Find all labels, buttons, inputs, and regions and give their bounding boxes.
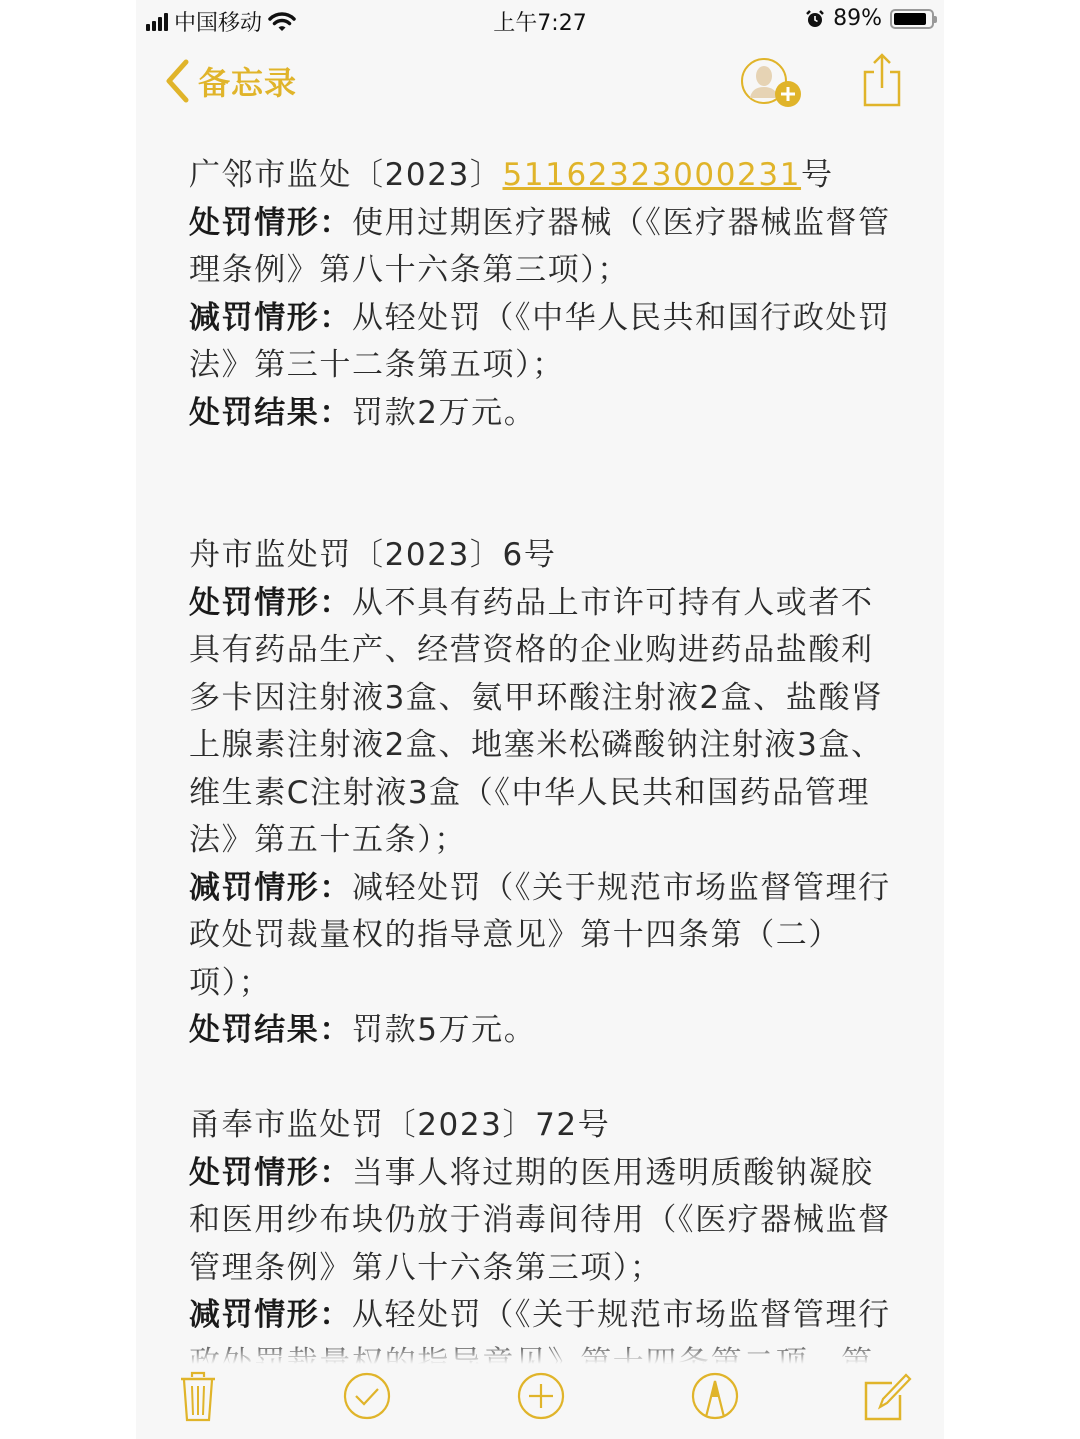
mitigation-label: 减罚情形： (189, 1297, 352, 1333)
back-label: 备忘录 (198, 58, 297, 104)
penalty-label: 处罚情形： (189, 585, 352, 621)
penalty-label: 处罚情形： (189, 205, 352, 241)
result-text: 罚款5万元。 (352, 1012, 536, 1048)
pen-tip-circle-icon[interactable] (690, 1371, 740, 1421)
result-label: 处罚结果： (189, 395, 352, 431)
alarm-icon (805, 9, 825, 29)
battery-icon (890, 9, 934, 29)
case-number-link[interactable]: 51162323000231 (503, 157, 802, 193)
compose-icon[interactable] (862, 1371, 914, 1423)
checkmark-circle-icon[interactable] (342, 1371, 392, 1421)
penalty-text: 从不具有药品上市许可持有人或者不具有药品生产、经营资格的企业购进药品盐酸利多卡因… (189, 585, 884, 859)
mitigation-label: 减罚情形： (189, 870, 352, 906)
case-title: 甬奉市监处罚〔2023〕72号 (189, 1102, 899, 1150)
case-title: 舟市监处罚〔2023〕6号 (189, 532, 899, 580)
battery-percent: 89% (833, 6, 882, 31)
chevron-left-icon (164, 59, 190, 103)
penalty-label: 处罚情形： (189, 1155, 352, 1191)
blank-line (189, 437, 899, 485)
bottom-toolbar (136, 1365, 944, 1439)
mitigation-label: 减罚情形： (189, 300, 352, 336)
result-label: 处罚结果： (189, 1012, 352, 1048)
status-bar: 中国移动 上午7:27 89% (136, 0, 944, 40)
penalty-row: 处罚情形：从不具有药品上市许可持有人或者不具有药品生产、经营资格的企业购进药品盐… (189, 580, 899, 865)
notes-screen: 中国移动 上午7:27 89% 备忘录 (136, 0, 944, 1439)
result-text: 罚款2万元。 (352, 395, 536, 431)
share-icon[interactable] (860, 52, 904, 108)
case-title-prefix: 广邻市监处〔2023〕 (189, 157, 503, 193)
case-title-suffix: 号 (801, 157, 834, 193)
nav-bar: 备忘录 (136, 50, 944, 120)
back-button[interactable]: 备忘录 (164, 58, 297, 104)
case-title: 广邻市监处〔2023〕51162323000231号 (189, 152, 899, 200)
mitigation-row: 减罚情形：减轻处罚（《关于规范市场监督管理行政处罚裁量权的指导意见》第十四条第（… (189, 865, 899, 1008)
mitigation-row: 减罚情形：从轻处罚（《中华人民共和国行政处罚法》第三十二条第五项）； (189, 295, 899, 390)
plus-circle-icon[interactable] (516, 1371, 566, 1421)
blank-line (189, 1055, 899, 1103)
add-person-icon[interactable] (738, 54, 806, 112)
note-body[interactable]: 广邻市监处〔2023〕51162323000231号 处罚情形：使用过期医疗器械… (189, 152, 899, 1435)
status-right: 89% (805, 6, 934, 31)
trash-icon[interactable] (178, 1371, 218, 1423)
result-row: 处罚结果：罚款2万元。 (189, 390, 899, 438)
penalty-row: 处罚情形：当事人将过期的医用透明质酸钠凝胶和医用纱布块仍放于消毒间待用（《医疗器… (189, 1150, 899, 1293)
penalty-row: 处罚情形：使用过期医疗器械（《医疗器械监督管理条例》第八十六条第三项）； (189, 200, 899, 295)
result-row: 处罚结果：罚款5万元。 (189, 1007, 899, 1055)
blank-line (189, 485, 899, 533)
